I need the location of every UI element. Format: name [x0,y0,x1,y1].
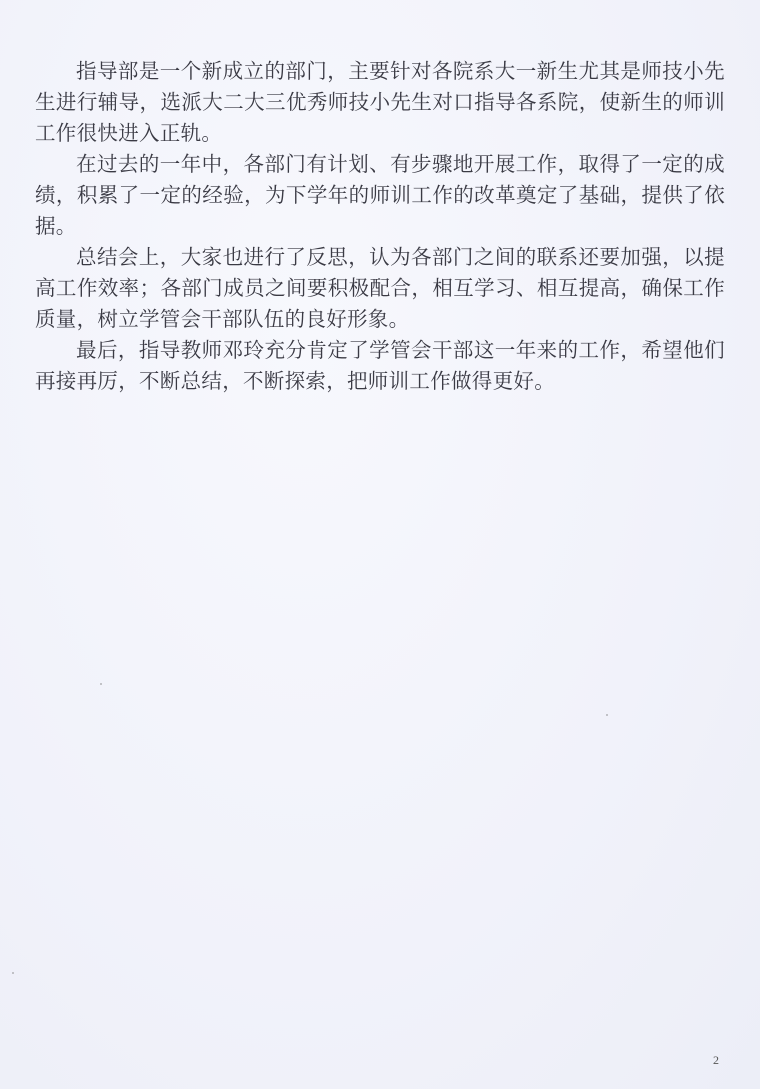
scanned-page: 指导部是一个新成立的部门，主要针对各院系大一新生尤其是师技小先生进行辅导，选派大… [0,0,760,1089]
paragraph-conclusion: 最后，指导教师邓玲充分肯定了学管会干部这一年来的工作，希望他们再接再厉，不断总结… [35,335,725,397]
scan-speck [100,683,102,685]
paragraph-guidance-department: 指导部是一个新成立的部门，主要针对各院系大一新生尤其是师技小先生进行辅导，选派大… [35,56,725,149]
page-number: 2 [713,1053,719,1068]
scan-speck [12,972,14,974]
document-body: 指导部是一个新成立的部门，主要针对各院系大一新生尤其是师技小先生进行辅导，选派大… [35,56,725,397]
paragraph-reflection: 总结会上，大家也进行了反思，认为各部门之间的联系还要加强，以提高工作效率；各部门… [35,242,725,335]
scan-speck [606,714,608,716]
paragraph-past-year: 在过去的一年中，各部门有计划、有步骤地开展工作，取得了一定的成绩，积累了一定的经… [35,149,725,242]
